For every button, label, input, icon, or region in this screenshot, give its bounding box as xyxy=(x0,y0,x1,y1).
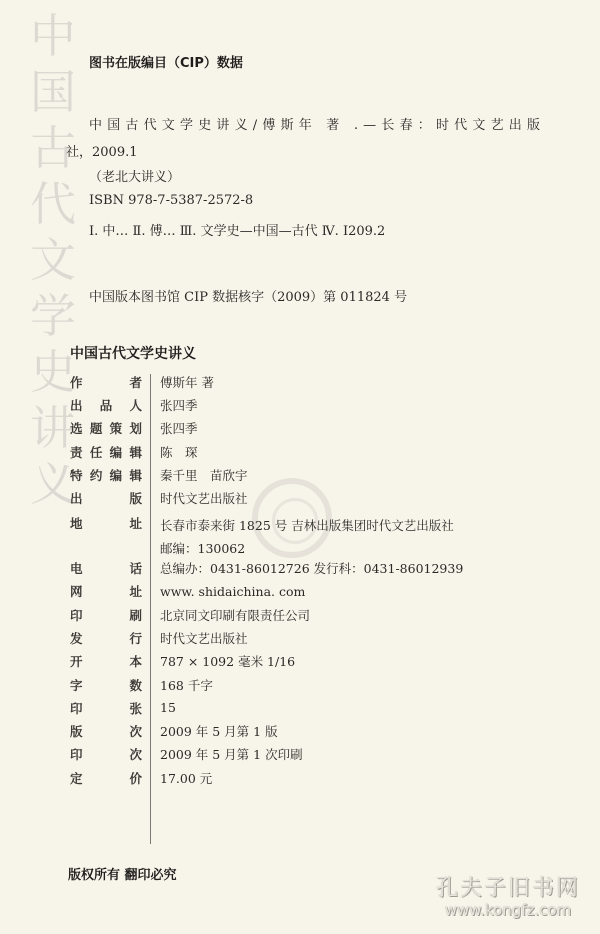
detail-label-char: 开 xyxy=(70,652,83,670)
detail-label-char: 行 xyxy=(129,629,142,647)
detail-label-char: 址 xyxy=(129,514,142,532)
detail-label: 发行 xyxy=(70,629,142,647)
detail-label: 印次 xyxy=(70,745,142,763)
detail-value: 张四季 xyxy=(160,419,198,437)
detail-label-char: 价 xyxy=(129,769,142,787)
detail-value-line: 时代文艺出版社 xyxy=(160,489,248,507)
detail-value: 787 × 1092 毫米 1/16 xyxy=(160,652,295,670)
site-watermark: 孔夫子旧书网 www.kongfz.com xyxy=(436,877,580,919)
detail-row: 责任编辑陈 琛 xyxy=(70,440,550,463)
detail-label: 电话 xyxy=(70,559,142,577)
detail-label-char: 出 xyxy=(70,396,83,414)
detail-value-line: www. shidaichina. com xyxy=(160,584,305,599)
detail-value-line: 168 千字 xyxy=(160,676,213,694)
detail-row: 印次2009 年 5 月第 1 次印刷 xyxy=(70,743,550,766)
detail-value: 傅斯年 著 xyxy=(160,373,214,391)
detail-label-char: 网 xyxy=(70,582,83,600)
detail-value: 总编办：0431-86012726 发行科：0431-86012939 xyxy=(160,559,463,577)
detail-label-char: 任 xyxy=(90,443,103,461)
detail-label-char: 电 xyxy=(70,559,83,577)
detail-row: 定价17.00 元 xyxy=(70,766,550,789)
detail-label-char: 字 xyxy=(70,676,83,694)
detail-row: 出品人张四季 xyxy=(70,393,550,416)
detail-label: 出版 xyxy=(70,489,142,507)
detail-value: 张四季 xyxy=(160,396,198,414)
book-title: 中国古代文学史讲义 xyxy=(70,343,196,363)
detail-label: 作者 xyxy=(70,373,142,391)
detail-value-line: 17.00 元 xyxy=(160,769,212,787)
detail-value-line: 总编办：0431-86012726 发行科：0431-86012939 xyxy=(160,559,463,577)
detail-label-char: 址 xyxy=(129,582,142,600)
detail-label-char: 次 xyxy=(129,745,142,763)
site-watermark-name: 孔夫子旧书网 xyxy=(436,877,580,901)
detail-row: 版次2009 年 5 月第 1 版 xyxy=(70,719,550,742)
detail-label-char: 定 xyxy=(70,769,83,787)
detail-label-char: 编 xyxy=(110,466,123,484)
detail-row: 字数168 千字 xyxy=(70,673,550,696)
detail-label: 特约编辑 xyxy=(70,466,142,484)
detail-value: 2009 年 5 月第 1 次印刷 xyxy=(160,745,303,763)
detail-row: 地址长春市泰来街 1825 号 吉林出版集团时代文艺出版社邮编：130062 xyxy=(70,510,550,557)
detail-value-line: 张四季 xyxy=(160,419,198,437)
detail-value-line: 秦千里 苗欣宇 xyxy=(160,466,248,484)
detail-value: 168 千字 xyxy=(160,676,213,694)
detail-value-line: 787 × 1092 毫米 1/16 xyxy=(160,652,295,670)
detail-label-char: 作 xyxy=(70,373,83,391)
detail-label: 字数 xyxy=(70,676,142,694)
detail-label-char: 地 xyxy=(70,514,83,532)
detail-label-char: 辑 xyxy=(129,443,142,461)
detail-label-char: 出 xyxy=(70,489,83,507)
detail-value: 北京同文印刷有限责任公司 xyxy=(160,606,310,624)
detail-label-char: 版 xyxy=(70,722,83,740)
detail-value: 17.00 元 xyxy=(160,769,212,787)
detail-row: 特约编辑秦千里 苗欣宇 xyxy=(70,463,550,486)
detail-label-char: 编 xyxy=(110,443,123,461)
detail-label-char: 选 xyxy=(70,419,83,437)
detail-label: 责任编辑 xyxy=(70,443,142,461)
detail-value-line: 北京同文印刷有限责任公司 xyxy=(160,606,310,624)
detail-value: 时代文艺出版社 xyxy=(160,489,248,507)
detail-label-char: 责 xyxy=(70,443,83,461)
detail-value: 2009 年 5 月第 1 版 xyxy=(160,722,278,740)
detail-value-line: 长春市泰来街 1825 号 吉林出版集团时代文艺出版社 xyxy=(160,514,454,537)
detail-label: 印刷 xyxy=(70,606,142,624)
detail-label: 印张 xyxy=(70,699,142,717)
detail-row: 发行时代文艺出版社 xyxy=(70,626,550,649)
detail-label: 网址 xyxy=(70,582,142,600)
detail-value: 长春市泰来街 1825 号 吉林出版集团时代文艺出版社邮编：130062 xyxy=(160,510,454,560)
detail-value-line: 15 xyxy=(160,700,176,715)
detail-label: 开本 xyxy=(70,652,142,670)
cip-series: （老北大讲义） xyxy=(89,166,180,185)
detail-label: 出品人 xyxy=(70,396,142,414)
detail-value: 15 xyxy=(160,700,176,715)
detail-value-line: 2009 年 5 月第 1 版 xyxy=(160,722,278,740)
detail-label-char: 策 xyxy=(110,419,123,437)
detail-label-char: 约 xyxy=(90,466,103,484)
detail-row: 网址www. shidaichina. com xyxy=(70,580,550,603)
detail-row: 出版时代文艺出版社 xyxy=(70,486,550,509)
detail-value: 时代文艺出版社 xyxy=(160,629,248,647)
detail-row: 印张15 xyxy=(70,696,550,719)
detail-label: 地址 xyxy=(70,510,142,532)
detail-label: 定价 xyxy=(70,769,142,787)
detail-label-char: 次 xyxy=(129,722,142,740)
detail-label-char: 特 xyxy=(70,466,83,484)
publication-details-table: 作者傅斯年 著出品人张四季选题策划张四季责任编辑陈 琛特约编辑秦千里 苗欣宇出版… xyxy=(70,370,550,789)
detail-value: www. shidaichina. com xyxy=(160,584,305,599)
detail-label-char: 划 xyxy=(129,419,142,437)
detail-value-line: 2009 年 5 月第 1 次印刷 xyxy=(160,745,303,763)
cip-isbn: ISBN 978-7-5387-2572-8 xyxy=(89,193,253,208)
cip-title-line-continued: 社，2009.1 xyxy=(66,141,138,160)
detail-label-char: 品 xyxy=(100,396,113,414)
detail-label-char: 印 xyxy=(70,745,83,763)
detail-label-char: 辑 xyxy=(129,466,142,484)
detail-row: 选题策划张四季 xyxy=(70,417,550,440)
detail-value-line: 傅斯年 著 xyxy=(160,373,214,391)
detail-label: 版次 xyxy=(70,722,142,740)
detail-label-char: 张 xyxy=(129,699,142,717)
detail-label: 选题策划 xyxy=(70,419,142,437)
detail-label-char: 数 xyxy=(129,676,142,694)
detail-label-char: 刷 xyxy=(129,606,142,624)
detail-value: 秦千里 苗欣宇 xyxy=(160,466,248,484)
site-watermark-url: www.kongfz.com xyxy=(436,901,580,919)
cip-heading: 图书在版编目（CIP）数据 xyxy=(89,52,243,71)
detail-value-line: 时代文艺出版社 xyxy=(160,629,248,647)
cip-classification: Ⅰ. 中… Ⅱ. 傅… Ⅲ. 文学史—中国—古代 Ⅳ. I209.2 xyxy=(89,220,385,239)
detail-label-char: 题 xyxy=(90,419,103,437)
detail-value: 陈 琛 xyxy=(160,443,198,461)
copyright-notice: 版权所有 翻印必究 xyxy=(68,864,177,883)
detail-row: 开本787 × 1092 毫米 1/16 xyxy=(70,650,550,673)
detail-label-char: 印 xyxy=(70,606,83,624)
detail-row: 电话总编办：0431-86012726 发行科：0431-86012939 xyxy=(70,556,550,579)
detail-label-char: 者 xyxy=(129,373,142,391)
detail-label-char: 人 xyxy=(129,396,142,414)
detail-label-char: 发 xyxy=(70,629,83,647)
detail-row: 作者傅斯年 著 xyxy=(70,370,550,393)
detail-value-line: 张四季 xyxy=(160,396,198,414)
detail-label-char: 本 xyxy=(129,652,142,670)
cip-title-line: 中国古代文学史讲义/傅斯年 著 .—长春：时代文艺出版 xyxy=(89,114,545,133)
cip-core-number: 中国版本图书馆 CIP 数据核字（2009）第 011824 号 xyxy=(89,286,407,305)
detail-value-line: 陈 琛 xyxy=(160,443,198,461)
detail-label-char: 版 xyxy=(129,489,142,507)
detail-label-char: 话 xyxy=(129,559,142,577)
detail-label-char: 印 xyxy=(70,699,83,717)
detail-row: 印刷北京同文印刷有限责任公司 xyxy=(70,603,550,626)
